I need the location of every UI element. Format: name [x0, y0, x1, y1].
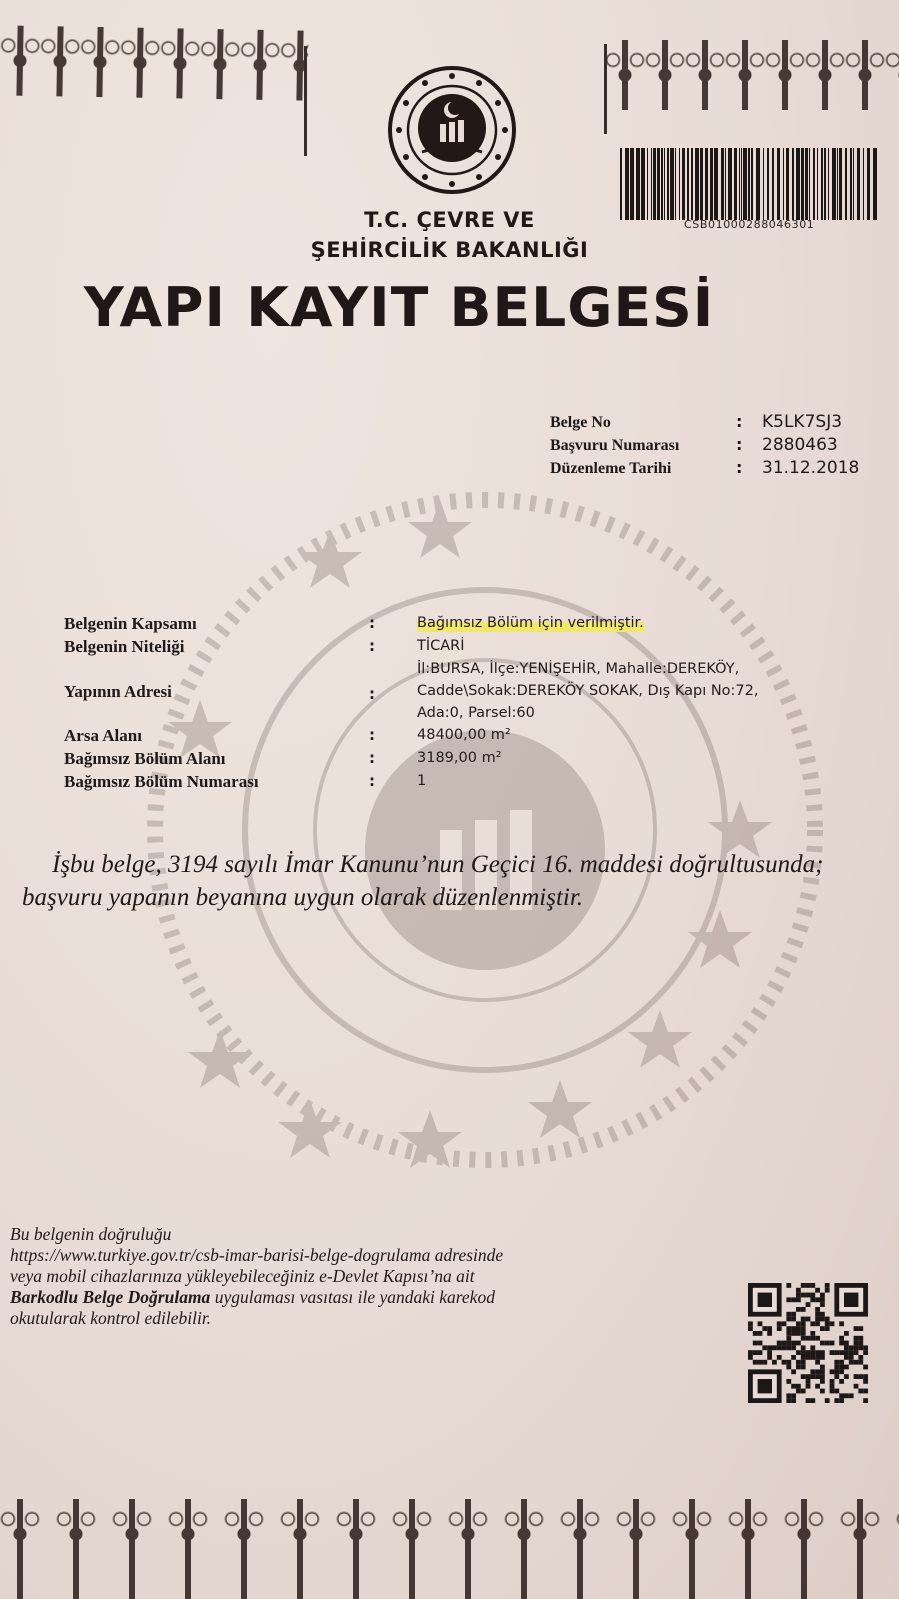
meta-colon: : — [736, 435, 762, 454]
ministry-seal-watermark-icon — [140, 470, 830, 1190]
verification-url: https://www.turkiye.gov.tr/csb-imar-bari… — [10, 1245, 690, 1266]
barcode-bar — [783, 148, 784, 220]
barcode-bar — [839, 148, 842, 220]
barcode-bar — [679, 148, 680, 220]
meta-row-duzenleme-tarihi: Düzenleme Tarihi : 31.12.2018 — [550, 458, 859, 481]
barcode-bar — [636, 148, 640, 220]
info-row-kapsam: Belgenin Kapsamı : Bağımsız Bölüm için v… — [64, 612, 759, 635]
barcode-bar — [728, 148, 732, 220]
info-colon: : — [369, 770, 417, 793]
barcode-bar — [792, 148, 794, 220]
barcode-icon — [620, 148, 878, 220]
meta-label: Düzenleme Tarihi — [550, 460, 736, 478]
barcode-bar — [853, 148, 854, 220]
ministry-name-line2: ŞEHİRCİLİK BAKANLIĞI — [0, 235, 899, 265]
barcode-bar — [647, 148, 648, 220]
barcode-bar — [772, 148, 774, 220]
barcode-bar — [687, 148, 689, 220]
barcode-bar — [828, 148, 829, 220]
barcode-bar — [813, 148, 815, 220]
address-value: İl:BURSA, İlçe:YENİŞEHİR, Mahalle:DEREKÖ… — [417, 658, 759, 724]
verification-note: Bu belgenin doğruluğu https://www.turkiy… — [10, 1224, 690, 1329]
info-label: Bağımsız Bölüm Numarası — [64, 770, 369, 793]
info-label: Belgenin Kapsamı — [64, 612, 369, 635]
ministry-emblem-icon — [382, 66, 522, 196]
info-value: 3189,00 m² — [417, 747, 502, 769]
info-label: Belgenin Niteliği — [64, 635, 369, 658]
barcode-bar — [734, 148, 737, 220]
address-line: Ada:0, Parsel:60 — [417, 702, 759, 724]
barcode-bar — [857, 148, 860, 220]
meta-label: Başvuru Numarası — [550, 437, 736, 455]
verification-line: okutularak kontrol edilebilir. — [10, 1308, 690, 1329]
barcode-bar — [714, 148, 718, 220]
barcode-bar — [832, 148, 836, 220]
info-colon: : — [369, 635, 417, 658]
barcode-number: CSB01000288046301 — [684, 218, 814, 231]
barcode-bar — [710, 148, 713, 220]
barcode-bar — [741, 148, 742, 220]
barcode-bar — [845, 148, 847, 220]
info-label: Bağımsız Bölüm Alanı — [64, 747, 369, 770]
barcode-bar — [695, 148, 699, 220]
ornament-border-top-left — [0, 25, 309, 100]
barcode-bar — [801, 148, 804, 220]
verification-line: Bu belgenin doğruluğu — [10, 1224, 690, 1245]
barcode-bar — [667, 148, 669, 220]
barcode-bar — [700, 148, 703, 220]
barcode-bar — [873, 148, 877, 220]
barcode-bar — [756, 148, 760, 220]
barcode-bar — [664, 148, 665, 220]
barcode-bar — [767, 148, 769, 220]
verification-app-name: Barkodlu Belge Doğrulama — [10, 1287, 210, 1307]
barcode-bar — [653, 148, 656, 220]
barcode-bar — [661, 148, 663, 220]
barcode-bar — [763, 148, 764, 220]
info-row-bolum-alani: Bağımsız Bölüm Alanı : 3189,00 m² — [64, 747, 759, 770]
barcode-bar — [748, 148, 750, 220]
ornament-border-bottom — [0, 1499, 899, 1599]
info-row-arsa-alani: Arsa Alanı : 48400,00 m² — [64, 724, 759, 747]
barcode-bar — [657, 148, 660, 220]
address-line: Cadde\Sokak:DEREKÖY SOKAK, Dış Kapı No:7… — [417, 680, 759, 702]
info-value: 48400,00 m² — [417, 724, 511, 746]
barcode-bar — [620, 148, 622, 220]
barcode-bar — [824, 148, 826, 220]
verification-line-rest: uygulaması vasıtası ile yandaki karekod — [210, 1287, 495, 1307]
barcode-bar — [817, 148, 818, 220]
frame-line-right — [604, 44, 607, 134]
ornament-border-top-right — [605, 40, 899, 110]
info-value: 1 — [417, 770, 426, 792]
info-value: TİCARİ — [417, 635, 465, 657]
meta-colon: : — [736, 458, 762, 477]
meta-row-belge-no: Belge No : K5LK7SJ3 — [550, 412, 859, 435]
meta-value: K5LK7SJ3 — [762, 412, 842, 432]
info-label: Arsa Alanı — [64, 724, 369, 747]
qr-code-icon — [748, 1283, 868, 1403]
meta-label: Belge No — [550, 414, 736, 432]
barcode-bar — [796, 148, 800, 220]
barcode-bar — [625, 148, 629, 220]
barcode-bar — [739, 148, 740, 220]
barcode-bar — [630, 148, 634, 220]
meta-value: 31.12.2018 — [762, 458, 859, 478]
barcode-bar — [675, 148, 676, 220]
barcode-bar — [651, 148, 652, 220]
barcode-bar — [837, 148, 838, 220]
document-meta: Belge No : K5LK7SJ3 Başvuru Numarası : 2… — [550, 412, 859, 481]
info-value-highlighted: Bağımsız Bölüm için verilmiştir. — [417, 612, 644, 634]
meta-row-basvuru-no: Başvuru Numarası : 2880463 — [550, 435, 859, 458]
frame-line-left — [304, 46, 307, 156]
barcode-bar — [809, 148, 810, 220]
barcode-bar — [725, 148, 726, 220]
barcode-bar — [670, 148, 674, 220]
meta-value: 2880463 — [762, 435, 838, 455]
info-row-adres: Yapının Adresi : İl:BURSA, İlçe:YENİŞEHİ… — [64, 658, 759, 724]
barcode-bar — [850, 148, 852, 220]
verification-line: Barkodlu Belge Doğrulama uygulaması vası… — [10, 1287, 690, 1308]
info-colon: : — [369, 658, 417, 706]
legal-statement: İşbu belge, 3194 sayılı İmar Kanunu’nun … — [22, 848, 872, 914]
address-line: İl:BURSA, İlçe:YENİŞEHİR, Mahalle:DEREKÖ… — [417, 658, 759, 680]
meta-colon: : — [736, 412, 762, 431]
barcode-bar — [863, 148, 864, 220]
barcode-bar — [805, 148, 808, 220]
building-info-table: Belgenin Kapsamı : Bağımsız Bölüm için v… — [64, 612, 759, 793]
barcode-bar — [777, 148, 780, 220]
document-title: YAPI KAYIT BELGESİ — [84, 276, 715, 339]
barcode-bar — [743, 148, 747, 220]
info-row-bolum-numarasi: Bağımsız Bölüm Numarası : 1 — [64, 770, 759, 793]
info-row-nitelik: Belgenin Niteliği : TİCARİ — [64, 635, 759, 658]
barcode-bar — [721, 148, 724, 220]
info-colon: : — [369, 724, 417, 747]
info-colon: : — [369, 612, 417, 635]
barcode-bar — [821, 148, 823, 220]
barcode-bar — [641, 148, 645, 220]
barcode-bar — [751, 148, 753, 220]
barcode-bar — [682, 148, 685, 220]
barcode-bar — [867, 148, 870, 220]
barcode-bar — [705, 148, 708, 220]
barcode-bar — [691, 148, 693, 220]
info-colon: : — [369, 747, 417, 770]
info-label: Yapının Adresi — [64, 658, 369, 703]
verification-line: veya mobil cihazlarınıza yükleyebileceği… — [10, 1266, 690, 1287]
barcode-bar — [786, 148, 789, 220]
